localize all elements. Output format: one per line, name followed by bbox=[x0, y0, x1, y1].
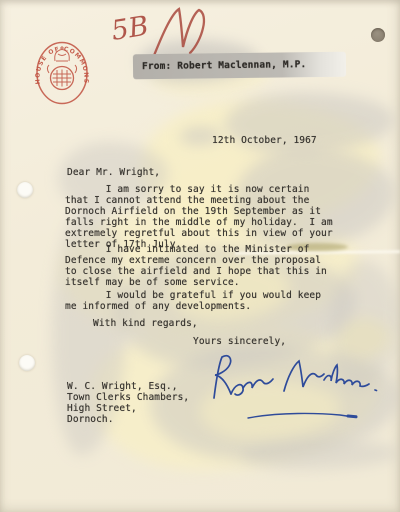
from-line: From: Robert Maclennan, M.P. bbox=[133, 59, 306, 72]
red-scribble-initials bbox=[153, 9, 204, 58]
house-of-commons-seal-stamp: HOUSE OF COMMONS bbox=[33, 37, 91, 107]
kind-regards-line: With kind regards, bbox=[93, 318, 198, 329]
paragraph-3: I would be grateful if you would keep me… bbox=[65, 290, 321, 312]
portcullis-icon bbox=[48, 65, 77, 90]
paragraph-1: I am sorry to say it is now certain that… bbox=[65, 184, 333, 250]
red-annotation-5b: 5B bbox=[109, 11, 150, 47]
from-strip: From: Robert Maclennan, M.P. bbox=[133, 52, 346, 80]
punch-hole-left-lower bbox=[19, 355, 35, 371]
valediction: Yours sincerely, bbox=[193, 336, 286, 347]
punch-hole-left-upper bbox=[17, 182, 33, 198]
letter-date: 12th October, 1967 bbox=[212, 135, 317, 146]
paragraph-2: I have intimated to the Minister of Defe… bbox=[65, 244, 327, 288]
letter-page: HOUSE OF COMMONS 5B From: Robert Maclenn… bbox=[0, 0, 400, 512]
salutation: Dear Mr. Wright, bbox=[67, 167, 160, 178]
signature-robert-maclennan bbox=[200, 350, 385, 430]
recipient-address: W. C. Wright, Esq., Town Clerks Chambers… bbox=[67, 381, 189, 425]
punch-hole-top-right bbox=[371, 28, 385, 42]
